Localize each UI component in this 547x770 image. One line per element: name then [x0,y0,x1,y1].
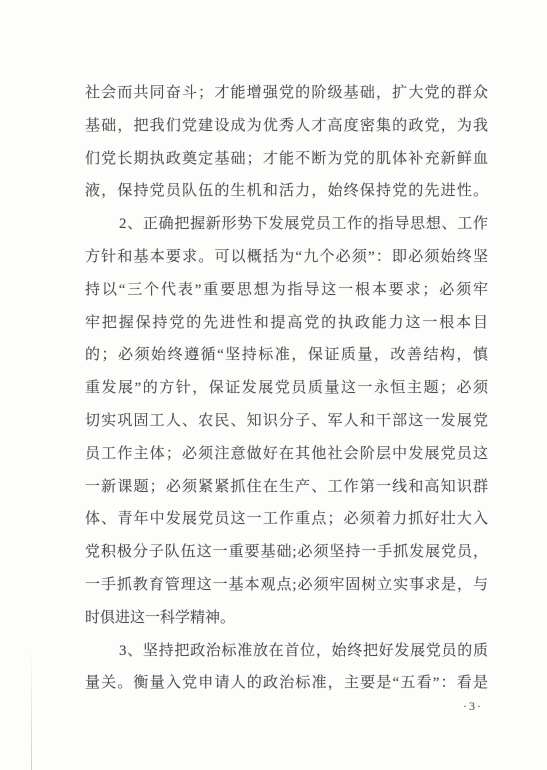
document-page: 社会而共同奋斗；才能增强党的阶级基础，扩大党的群众 基础，把我们党建设成为优秀人… [0,0,547,770]
document-body: 社会而共同奋斗；才能增强党的阶级基础，扩大党的群众 基础，把我们党建设成为优秀人… [85,77,488,700]
paragraph-1: 社会而共同奋斗；才能增强党的阶级基础，扩大党的群众 基础，把我们党建设成为优秀人… [85,77,488,208]
paragraph-3: 3、坚持把政治标准放在首位，始终把好发展党员的质 量关。衡量入党申请人的政治标准… [85,635,488,701]
text-line: 牢把握保持党的先进性和提高党的执政能力这一根本目 [85,307,488,340]
text-line: 的；必须始终遵循“坚持标准，保证质量，改善结构，慎 [85,339,488,372]
text-line: 方针和基本要求。可以概括为“九个必须”：即必须始终坚 [85,241,488,274]
text-line: 2、正确把握新形势下发展党员工作的指导思想、工作 [85,208,488,241]
text-line: 一新课题；必须紧紧抓住在生产、工作第一线和高知识群 [85,471,488,504]
text-line: 一手抓教育管理这一基本观点;必须牢固树立实事求是，与 [85,569,488,602]
text-line: 体、青年中发展党员这一工作重点；必须着力抓好壮大入 [85,503,488,536]
scan-artifact-line [31,645,32,770]
text-line: 员工作主体；必须注意做好在其他社会阶层中发展党员这 [85,438,488,471]
paragraph-2: 2、正确把握新形势下发展党员工作的指导思想、工作 方针和基本要求。可以概括为“九… [85,208,488,634]
text-line: 3、坚持把政治标准放在首位，始终把好发展党员的质 [85,635,488,668]
text-line: 量关。衡量入党申请人的政治标准，主要是“五看”：看是 [85,667,488,700]
text-line: 时俱进这一科学精神。 [85,602,488,635]
text-line: 重发展”的方针，保证发展党员质量这一永恒主题；必须 [85,372,488,405]
page-number: ·3· [463,699,483,714]
text-line: 社会而共同奋斗；才能增强党的阶级基础，扩大党的群众 [85,77,488,110]
text-line: 基础，把我们党建设成为优秀人才高度密集的政党，为我 [85,110,488,143]
text-line: 切实巩固工人、农民、知识分子、军人和干部这一发展党 [85,405,488,438]
text-line: 们党长期执政奠定基础；才能不断为党的肌体补充新鲜血 [85,143,488,176]
text-line: 液，保持党员队伍的生机和活力，始终保持党的先进性。 [85,175,488,208]
text-line: 持以“三个代表”重要思想为指导这一根本要求；必须牢 [85,274,488,307]
text-line: 党积极分子队伍这一重要基础;必须坚持一手抓发展党员， [85,536,488,569]
